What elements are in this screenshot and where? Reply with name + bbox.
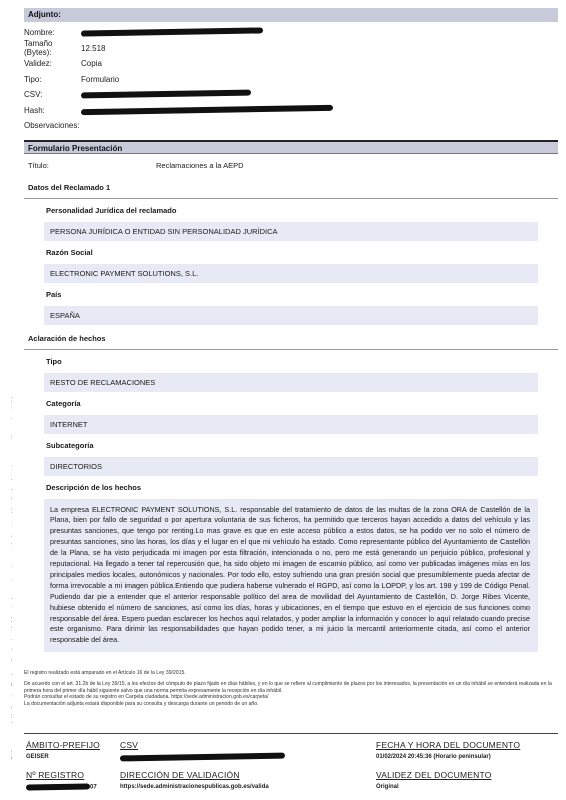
fecha-value: 01/02/2024 20:45:36 (Horario peninsular) bbox=[376, 754, 520, 760]
legal-line: De acuerdo con el art. 31.2b de la Ley 3… bbox=[24, 681, 558, 694]
adjunto-header: Adjunto: bbox=[24, 8, 558, 22]
csv-label: CSV bbox=[120, 740, 285, 750]
ambito-col: ÁMBITO-PREFIJO GEISER bbox=[26, 740, 100, 760]
field-nombre: Nombre: bbox=[24, 25, 558, 41]
field-tipo: Tipo: Formulario bbox=[24, 72, 558, 88]
csv-col: CSV bbox=[120, 740, 285, 762]
ambito-label: ÁMBITO-PREFIJO bbox=[26, 740, 100, 750]
aclaracion-heading: Aclaración de hechos bbox=[24, 334, 558, 343]
razon-social-label: Razón Social bbox=[24, 248, 558, 257]
field-label: Hash: bbox=[24, 106, 81, 115]
registro-value: 07 bbox=[26, 784, 97, 791]
registro-label: Nº REGISTRO bbox=[26, 770, 97, 780]
validez-col: VALIDEZ DEL DOCUMENTO Original bbox=[376, 770, 492, 790]
personalidad-value: PERSONA JURÍDICA O ENTIDAD SIN PERSONALI… bbox=[44, 222, 538, 241]
divider bbox=[24, 349, 558, 350]
field-label: CSV: bbox=[24, 90, 81, 99]
titulo-label: Título: bbox=[28, 161, 156, 170]
field-label: Tamaño (Bytes): bbox=[24, 39, 81, 57]
field-label: Nombre: bbox=[24, 28, 81, 37]
divider bbox=[24, 198, 558, 199]
field-hash: Hash: bbox=[24, 103, 558, 119]
validez-value: Original bbox=[376, 784, 492, 790]
titulo-value: Reclamaciones a la AEPD bbox=[156, 161, 244, 170]
validez-label: VALIDEZ DEL DOCUMENTO bbox=[376, 770, 492, 780]
field-validez: Validez: Copia bbox=[24, 56, 558, 72]
registro-suffix: 07 bbox=[90, 785, 97, 791]
direccion-link[interactable]: https://sede.administracionespublicas.go… bbox=[120, 784, 269, 790]
formulario-header: Formulario Presentación bbox=[24, 140, 558, 154]
pais-value: ESPAÑA bbox=[44, 306, 538, 325]
pais-label: País bbox=[24, 290, 558, 299]
categoria-label: Categoría bbox=[24, 399, 558, 408]
redacted-value bbox=[81, 90, 251, 99]
field-label: Validez: bbox=[24, 59, 81, 68]
subcategoria-value: DIRECTORIOS bbox=[44, 457, 538, 476]
vertical-margin-validation-text: Código seguro de Verificación · Puede ve… bbox=[2, 60, 12, 760]
adjunto-fields: Nombre: Tamaño (Bytes): 12.518 Validez: … bbox=[24, 25, 558, 134]
csv-redacted bbox=[120, 754, 285, 762]
field-value: Formulario bbox=[81, 75, 119, 84]
titulo-row: Título: Reclamaciones a la AEPD bbox=[24, 161, 558, 170]
fecha-label: FECHA Y HORA DEL DOCUMENTO bbox=[376, 740, 520, 750]
tipo-value: RESTO DE RECLAMACIONES bbox=[44, 373, 538, 392]
fecha-col: FECHA Y HORA DEL DOCUMENTO 01/02/2024 20… bbox=[376, 740, 520, 760]
tipo-label: Tipo bbox=[24, 357, 558, 366]
field-csv: CSV: bbox=[24, 87, 558, 103]
categoria-value: INTERNET bbox=[44, 415, 538, 434]
field-observaciones: Observaciones: bbox=[24, 118, 558, 134]
redacted-value bbox=[81, 106, 333, 115]
personalidad-label: Personalidad Jurídica del reclamado bbox=[24, 206, 558, 215]
registro-col: Nº REGISTRO 07 bbox=[26, 770, 97, 791]
field-tamano: Tamaño (Bytes): 12.518 bbox=[24, 41, 558, 57]
legal-amparo: El registro realizado está amparado en e… bbox=[24, 670, 558, 676]
document-page: Adjunto: Nombre: Tamaño (Bytes): 12.518 … bbox=[24, 8, 558, 652]
razon-social-value: ELECTRONIC PAYMENT SOLUTIONS, S.L. bbox=[44, 264, 538, 283]
subcategoria-label: Subcategoría bbox=[24, 441, 558, 450]
descripcion-label: Descripción de los hechos bbox=[24, 483, 558, 492]
legal-notice: El registro realizado está amparado en e… bbox=[24, 670, 558, 707]
descripcion-value: La empresa ELECTRONIC PAYMENT SOLUTIONS,… bbox=[44, 499, 538, 653]
field-label: Observaciones: bbox=[24, 121, 81, 130]
ambito-value: GEISER bbox=[26, 754, 100, 760]
field-value: Copia bbox=[81, 59, 102, 68]
legal-line: La documentación adjunta estará disponib… bbox=[24, 701, 558, 707]
field-value: 12.518 bbox=[81, 44, 105, 53]
validation-footer: ÁMBITO-PREFIJO GEISER CSV FECHA Y HORA D… bbox=[24, 733, 558, 734]
field-label: Tipo: bbox=[24, 75, 81, 84]
margin-text: Código seguro de Verificación · Puede ve… bbox=[11, 60, 12, 760]
direccion-col: DIRECCIÓN DE VALIDACIÓN https://sede.adm… bbox=[120, 770, 269, 790]
redacted-value bbox=[81, 28, 263, 37]
direccion-label: DIRECCIÓN DE VALIDACIÓN bbox=[120, 770, 269, 780]
reclamado-heading: Datos del Reclamado 1 bbox=[24, 183, 558, 192]
